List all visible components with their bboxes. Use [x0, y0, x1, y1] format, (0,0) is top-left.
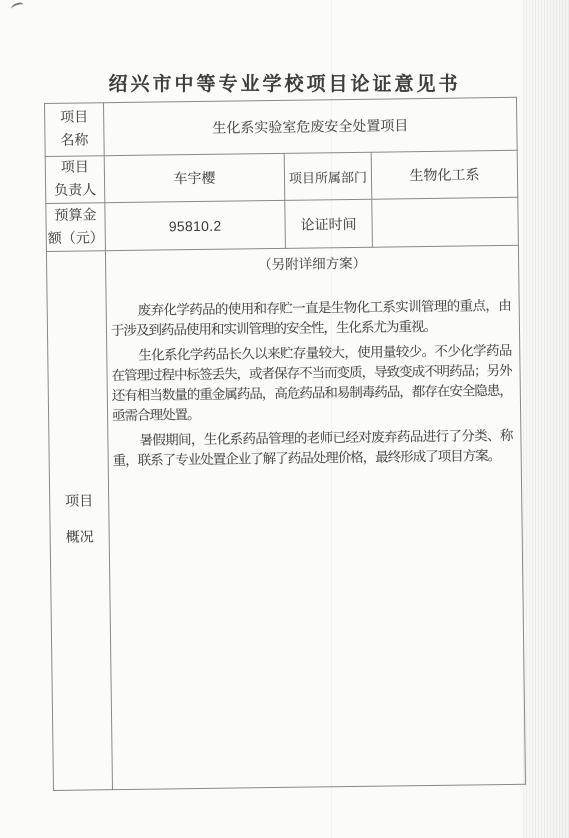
form-table: 项目 名称 生化系实验室危废安全处置项目 项目 负责人 车宇樱 项目所属部门 生…	[44, 97, 526, 791]
row-project-name: 项目 名称 生化系实验室危废安全处置项目	[45, 97, 518, 156]
review-time-label: 论证时间	[285, 199, 373, 248]
scanner-noise-band	[523, 0, 569, 838]
project-name-value: 生化系实验室危废安全处置项目	[104, 97, 518, 155]
scan-artifact	[10, 2, 25, 13]
overview-paragraph-3: 暑假期间，生化系药品管理的老师已经对废弃药品进行了分类、称重，联系了专业处置企业…	[112, 426, 513, 471]
overview-label-line1: 项目	[50, 484, 108, 521]
project-leader-label-line1: 项目	[46, 156, 104, 180]
department-label: 项目所属部门	[284, 152, 372, 200]
scanned-page: { "title": "绍兴市中等专业学校项目论证意见书", "form": {…	[0, 0, 569, 838]
project-name-label-line2: 名称	[45, 129, 103, 153]
overview-paragraph-1: 废弃化学药品的使用和存贮一直是生物化工系实训管理的重点，由于涉及到药品使用和实训…	[111, 296, 512, 341]
overview-label-line2: 概况	[50, 520, 108, 557]
budget-value: 95810.2	[105, 200, 286, 250]
row-budget: 预算金 额（元） 95810.2 论证时间	[46, 197, 519, 251]
overview-note: （另附详细方案）	[106, 246, 518, 275]
project-name-label-line1: 项目	[45, 106, 103, 130]
budget-label-cell: 预算金 额（元）	[46, 203, 106, 252]
overview-label-cell: 项目 概况	[46, 251, 112, 791]
project-leader-value: 车宇樱	[104, 153, 285, 202]
department-value: 生物化工系	[371, 150, 518, 199]
row-project-leader: 项目 负责人 车宇樱 项目所属部门 生物化工系	[45, 150, 518, 203]
project-leader-label-cell: 项目 负责人	[45, 156, 105, 204]
budget-label-line1: 预算金	[46, 204, 104, 228]
budget-label-line2: 额（元）	[47, 227, 105, 251]
overview-content-cell: （另附详细方案） 废弃化学药品的使用和存贮一直是生物化工系实训管理的重点，由于涉…	[105, 245, 525, 789]
review-time-value	[372, 197, 519, 247]
overview-paragraphs: 废弃化学药品的使用和存贮一直是生物化工系实训管理的重点，由于涉及到药品使用和实训…	[107, 296, 521, 471]
document-title: 绍兴市中等专业学校项目论证意见书	[0, 69, 569, 96]
row-overview: 项目 概况 （另附详细方案） 废弃化学药品的使用和存贮一直是生物化工系实训管理的…	[46, 245, 525, 790]
project-leader-label-line2: 负责人	[46, 179, 104, 203]
project-name-label-cell: 项目 名称	[45, 103, 105, 157]
overview-paragraph-2: 生化系化学药品长久以来贮存量较大，使用量较少。不少化学药品在管理过程中标签丢失，…	[111, 341, 512, 426]
